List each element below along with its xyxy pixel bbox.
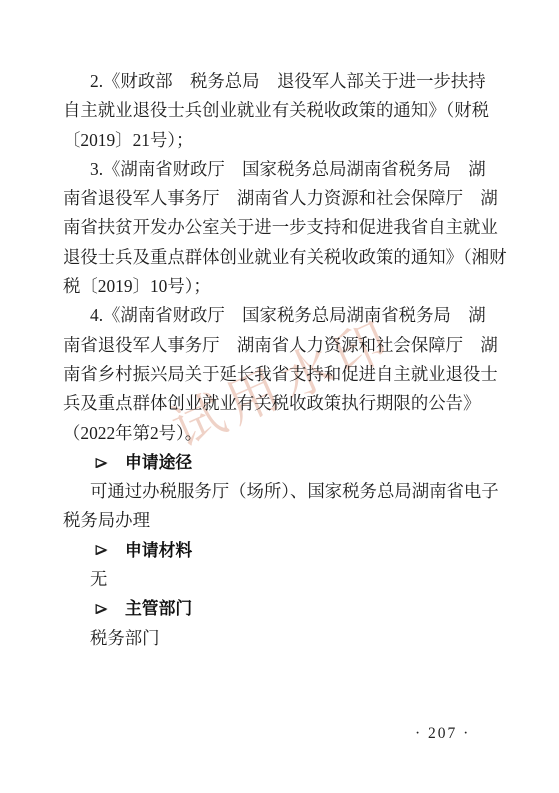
paragraph-line: 4.《湖南省财政厅 国家税务总局湖南省税务局 湖 [63, 301, 501, 330]
paragraph-line: 2.《财政部 税务总局 退役军人部关于进一步扶持 [63, 67, 501, 96]
paragraph-line: 退役士兵及重点群体创业就业有关税收政策的通知》（湘财 [63, 243, 501, 272]
paragraph-line: 可通过办税服务厅（场所）、国家税务总局湖南省电子 [63, 477, 501, 506]
right-arrowhead-icon [94, 456, 108, 470]
section-heading-application-materials: 申请材料 [63, 536, 501, 565]
section-heading-competent-department: 主管部门 [63, 594, 501, 623]
paragraph-line: 〔2019〕21号）； [63, 126, 501, 155]
right-arrowhead-icon [94, 602, 108, 616]
paragraph-line: 税务部门 [63, 624, 501, 653]
document-page: 试用水印 2.《财政部 税务总局 退役军人部关于进一步扶持 自主就业退役士兵创业… [0, 0, 559, 793]
document-body: 2.《财政部 税务总局 退役军人部关于进一步扶持 自主就业退役士兵创业就业有关税… [63, 67, 501, 653]
page-number: · 207 · [415, 725, 470, 743]
section-heading-label: 主管部门 [125, 594, 192, 623]
paragraph-line: 自主就业退役士兵创业就业有关税收政策的通知》（财税 [63, 96, 501, 125]
paragraph-line: 南省扶贫开发办公室关于进一步支持和促进我省自主就业 [63, 213, 501, 242]
paragraph-line: 无 [63, 565, 501, 594]
section-heading-label: 申请材料 [125, 536, 192, 565]
section-heading-label: 申请途径 [125, 448, 192, 477]
paragraph-line: 税务局办理 [63, 506, 501, 535]
paragraph-line: 税〔2019〕10号）； [63, 272, 501, 301]
paragraph-line: （2022年第2号）。 [63, 419, 501, 448]
paragraph-line: 兵及重点群体创业就业有关税收政策执行期限的公告》 [63, 389, 501, 418]
section-heading-application-channel: 申请途径 [63, 448, 501, 477]
right-arrowhead-icon [94, 543, 108, 557]
paragraph-line: 3.《湖南省财政厅 国家税务总局湖南省税务局 湖 [63, 155, 501, 184]
paragraph-line: 南省乡村振兴局关于延长我省支持和促进自主就业退役士 [63, 360, 501, 389]
paragraph-line: 南省退役军人事务厅 湖南省人力资源和社会保障厅 湖 [63, 331, 501, 360]
paragraph-line: 南省退役军人事务厅 湖南省人力资源和社会保障厅 湖 [63, 184, 501, 213]
